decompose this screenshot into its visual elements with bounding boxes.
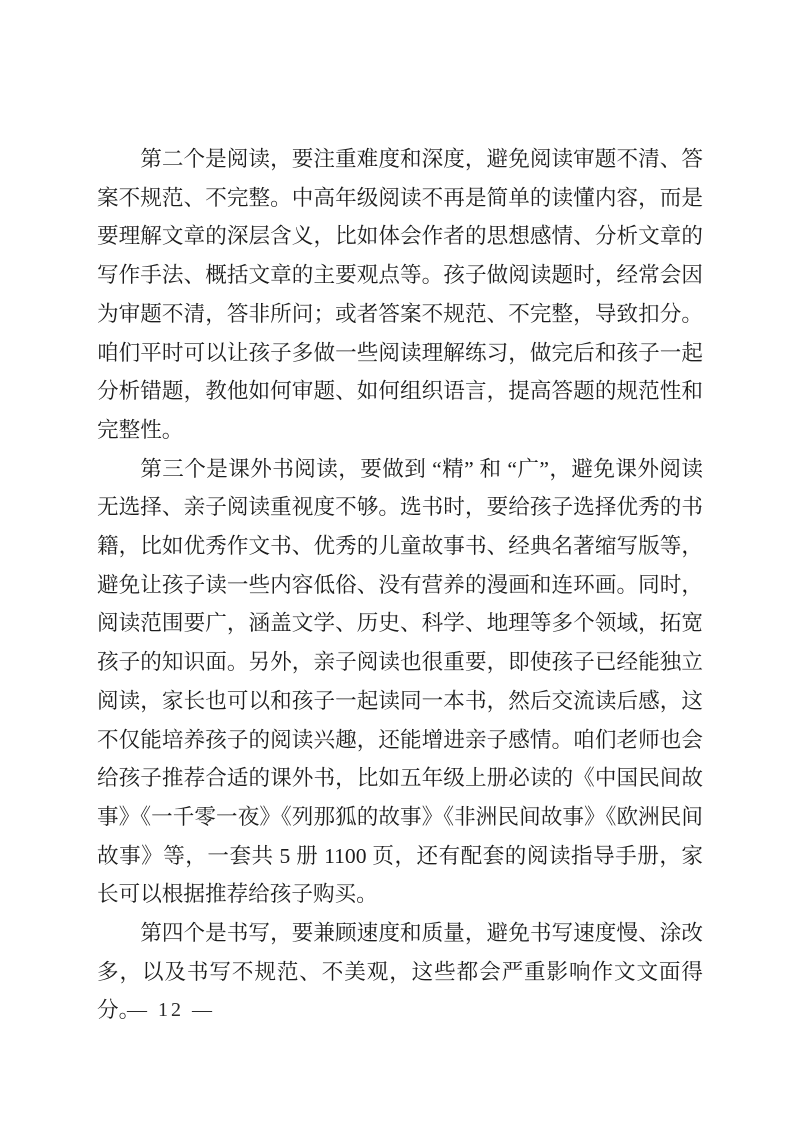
document-page: 第二个是阅读，要注重难度和深度，避免阅读审题不清、答案不规范、不完整。中高年级阅…: [0, 0, 793, 1122]
page-number: — 12 —: [127, 999, 215, 1022]
paragraph-reading-training: 第二个是阅读，要注重难度和深度，避免阅读审题不清、答案不规范、不完整。中高年级阅…: [97, 140, 703, 450]
document-body: 第二个是阅读，要注重难度和深度，避免阅读审题不清、答案不规范、不完整。中高年级阅…: [97, 140, 703, 1030]
paragraph-extracurricular-reading: 第三个是课外书阅读，要做到 “精” 和 “广”，避免课外阅读无选择、亲子阅读重视…: [97, 450, 703, 914]
